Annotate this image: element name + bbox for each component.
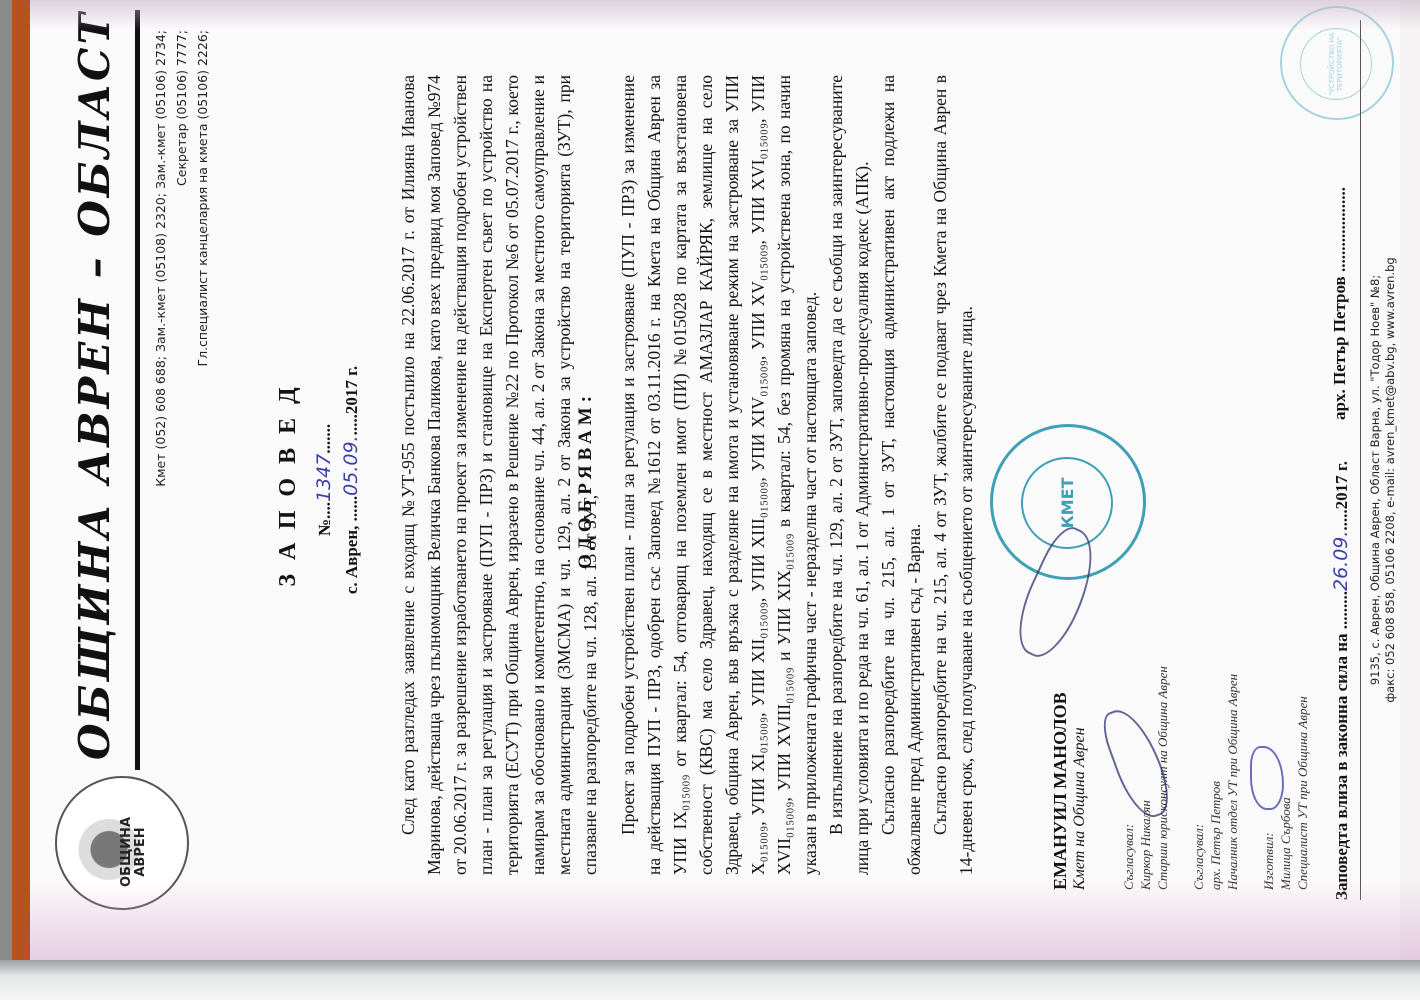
logo-text: ОБЩИНА АВРЕН [120, 812, 148, 892]
document-title: ЗАПОВЕД [275, 0, 302, 960]
intro-paragraph: След като разгледах заявление с входящ №… [395, 75, 603, 875]
signer-block: ЕМАНУИЛ МАНОЛОВ Кмет на Община Аврен [1050, 692, 1089, 890]
footer-address: 9135, с. Аврен, Община Аврен, Област Вар… [1368, 0, 1398, 960]
project-paragraph: Проект за подробен устройствен план - пл… [615, 75, 823, 875]
appeal-paragraph-2: Съгласно разпоредбите на чл. 215, ал. 4 … [927, 75, 979, 875]
scanner-bottom-edge [0, 960, 1420, 1000]
signer-name: ЕМАНУИЛ МАНОЛОВ [1050, 692, 1071, 890]
header-contacts: Кмет (052) 608 688; Зам.-кмет (05108) 23… [150, 30, 213, 487]
municipality-name: ОБЩИНА АВРЕН – ОБЛАСТ ВАРНА [70, 0, 119, 760]
footer-rule [1360, 20, 1361, 900]
document-page: ОБЩИНА АВРЕН ОБЩИНА АВРЕН – ОБЛАСТ ВАРНА… [30, 0, 1400, 960]
handwritten-number: 1347 [313, 454, 335, 502]
approval-department-head: Съгласувал: арх. Петър Петров Началник о… [1190, 674, 1241, 890]
handwritten-date: 05.09. [340, 435, 362, 495]
handwritten-effective-date: 26.09. [1330, 531, 1352, 591]
signer-role: Кмет на Община Аврен [1071, 692, 1089, 890]
appeal-paragraph-1: Съгласно разпоредбите на чл. 215, ал. 1 … [875, 75, 927, 875]
effective-date-line: Заповедта влиза в законна сила на ......… [1330, 461, 1352, 900]
execution-paragraph: В изпълнение на разпоредбите на чл. 129,… [823, 75, 875, 875]
order-body: Проект за подробен устройствен план - пл… [615, 75, 979, 875]
order-place-date: с. Аврен, ......05.09......2017 г. [340, 0, 362, 960]
approve-heading: ОДОБРЯВАМ: [575, 0, 597, 960]
header-rule [135, 10, 140, 770]
order-number: №....1347....... [313, 0, 335, 960]
letterhead: ОБЩИНА АВРЕН ОБЩИНА АВРЕН – ОБЛАСТ ВАРНА… [40, 20, 250, 920]
architect-signature-line: арх. Петър Петров .................... [1330, 187, 1350, 420]
